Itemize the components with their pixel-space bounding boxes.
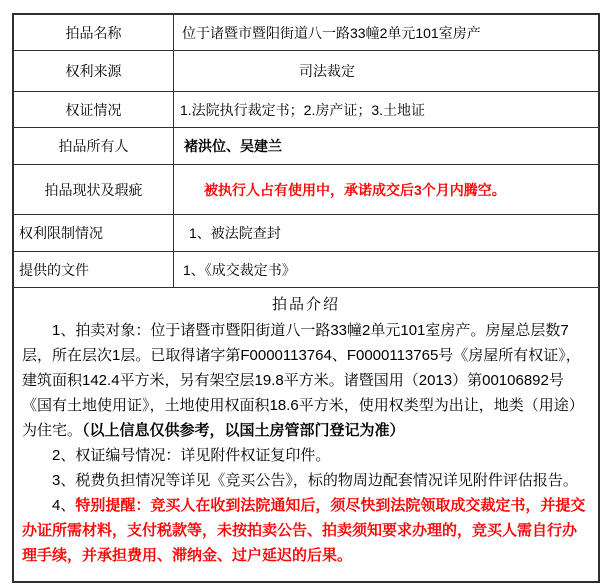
row-label-certificates: 权证情况 <box>14 92 174 127</box>
row-value-provided-documents: 1、《成交裁定书》 <box>174 252 598 287</box>
item-introduction-cell: 拍品介绍 1、拍卖对象：位于诸暨市暨阳街道八一路33幢2单元101室房产。房屋总… <box>14 288 598 581</box>
table-row-rights-restrictions: 权利限制情况 1、被法院查封 <box>14 215 598 252</box>
auction-item-table: 拍品名称 位于诸暨市暨阳街道八一路33幢2单元101室房产 权利来源 司法裁定 … <box>12 13 600 583</box>
row-value-owner: 褚洪位、吴建兰 <box>174 128 598 164</box>
intro-paragraph-taxes-fees: 3、税费负担情况等详见《竞买公告》，标的物周边配套情况详见附件评估报告。 <box>22 468 590 493</box>
row-value-rights-source: 司法裁定 <box>174 51 598 91</box>
row-label-provided-documents: 提供的文件 <box>14 252 174 287</box>
intro-paragraph-auction-object: 1、拍卖对象：位于诸暨市暨阳街道八一路33幢2单元101室房产。房屋总层数7层，… <box>22 318 590 443</box>
row-label-status-defects: 拍品现状及瑕疵 <box>14 165 174 214</box>
table-row-item-name: 拍品名称 位于诸暨市暨阳街道八一路33幢2单元101室房产 <box>14 15 598 51</box>
intro-paragraph-certificate-numbers: 2、权证编号情况：详见附件权证复印件。 <box>22 443 590 468</box>
intro-p4-prefix: 4、 <box>52 497 75 514</box>
table-row-certificates: 权证情况 1.法院执行裁定书；2.房产证；3.土地证 <box>14 92 598 128</box>
intro-p4-reminder-text: 特别提醒：竞买人在收到法院通知后，须尽快到法院领取成交裁定书，并提交办证所需材料… <box>22 497 585 564</box>
row-label-rights-source: 权利来源 <box>14 51 174 91</box>
row-label-item-name: 拍品名称 <box>14 15 174 50</box>
intro-p1-disclaimer: （以上信息仅供参考，以国土房管部门登记为准） <box>82 422 405 439</box>
row-label-rights-restrictions: 权利限制情况 <box>14 215 174 251</box>
row-value-certificates: 1.法院执行裁定书；2.房产证；3.土地证 <box>174 92 598 127</box>
table-row-owner: 拍品所有人 褚洪位、吴建兰 <box>14 128 598 165</box>
item-introduction-title: 拍品介绍 <box>22 292 590 318</box>
row-value-rights-restrictions: 1、被法院查封 <box>174 215 598 251</box>
row-value-status-defects: 被执行人占有使用中，承诺成交后3个月内腾空。 <box>174 165 598 214</box>
table-row-status-defects: 拍品现状及瑕疵 被执行人占有使用中，承诺成交后3个月内腾空。 <box>14 165 598 215</box>
table-row-provided-documents: 提供的文件 1、《成交裁定书》 <box>14 252 598 288</box>
row-label-owner: 拍品所有人 <box>14 128 174 164</box>
table-row-rights-source: 权利来源 司法裁定 <box>14 51 598 92</box>
row-value-item-name: 位于诸暨市暨阳街道八一路33幢2单元101室房产 <box>174 15 598 50</box>
table-row-item-introduction: 拍品介绍 1、拍卖对象：位于诸暨市暨阳街道八一路33幢2单元101室房产。房屋总… <box>14 288 598 581</box>
intro-paragraph-special-reminder: 4、特别提醒：竞买人在收到法院通知后，须尽快到法院领取成交裁定书，并提交办证所需… <box>22 493 590 568</box>
